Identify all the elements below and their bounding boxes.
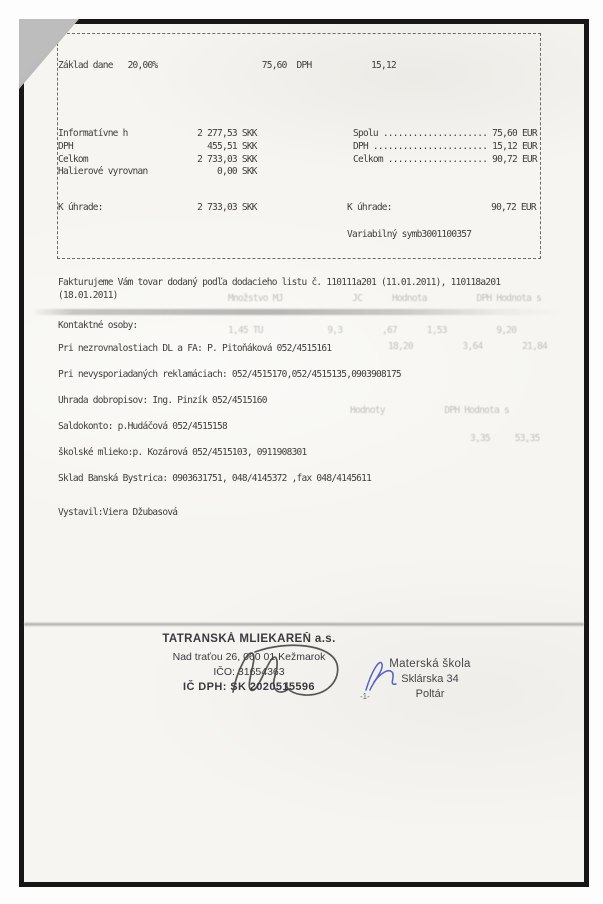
issued-by: Vystavil:Viera Džubasová: [58, 507, 177, 520]
invoice-note-line: (18.01.2011): [58, 289, 500, 302]
contact-line: Sklad Banská Bystrica: 0903631751, 048/4…: [58, 466, 401, 492]
totals-eur-line: DPH ....................... 15,12 EUR: [353, 141, 537, 154]
contact-line: Saldokonto: p.Hudáčová 052/4515158: [58, 414, 401, 440]
totals-eur-line: Spolu ..................... 75,60 EUR: [353, 128, 537, 141]
scanned-invoice-page: Množstvo MJ JC Hodnota DPH Hodnota s 1,4…: [0, 0, 603, 904]
contact-line: Pri nevysporiadaných reklamáciach: 052/4…: [58, 362, 401, 388]
invoice-note: Fakturujeme Vám tovar dodaný podľa dodac…: [58, 276, 500, 302]
contacts-list: Pri nezrovnalostiach DL a FA: P. Pitoňák…: [58, 336, 401, 492]
totals-eur-block: Spolu ..................... 75,60 EUR DP…: [353, 128, 537, 166]
ghost-table-row: 1,45 TU 9,3 ,67 1,53 9,20: [228, 325, 516, 336]
variable-symbol: Variabilný symb3001100357: [347, 229, 471, 242]
totals-skk-line: DPH 455,51 SKK: [58, 141, 257, 154]
blue-initials-scribble: [358, 654, 408, 698]
totals-eur-line: Celkom .................... 90,72 EUR: [353, 154, 537, 167]
contact-line: Uhrada dobropisov: Ing. Pinzík 052/45151…: [58, 388, 401, 414]
amount-due-skk: K úhrade: 2 733,03 SKK: [58, 202, 257, 215]
invoice-note-line: Fakturujeme Vám tovar dodaný podľa dodac…: [58, 276, 500, 289]
totals-skk-block: Informatívne h 2 277,53 SKK DPH 455,51 S…: [58, 128, 257, 179]
contact-line: Pri nezrovnalostiach DL a FA: P. Pitoňák…: [58, 336, 401, 362]
scan-streak: [32, 309, 560, 315]
contacts-heading: Kontaktné osoby:: [58, 320, 138, 333]
totals-skk-line: Halierové vyrovnan 0,00 SKK: [58, 166, 257, 179]
ghost-table-row: 18,20 3,64 21,84: [388, 341, 547, 352]
signature-scribble: [225, 638, 347, 708]
totals-skk-line: Informatívne h 2 277,53 SKK: [58, 128, 257, 141]
totals-skk-line: Celkom 2 733,03 SKK: [58, 154, 257, 167]
tax-base-row: Základ dane 20,00% 75,60 DPH 15,12: [58, 60, 396, 73]
paper-fold-crease: [24, 622, 584, 627]
invoice-paper: Množstvo MJ JC Hodnota DPH Hodnota s 1,4…: [19, 19, 589, 887]
amount-due-eur: K úhrade: 90,72 EUR: [347, 202, 536, 215]
ghost-table-row: 3,35 53,35: [470, 433, 540, 444]
contact-line: školské mlieko:p. Kozárová 052/4515103, …: [58, 440, 401, 466]
